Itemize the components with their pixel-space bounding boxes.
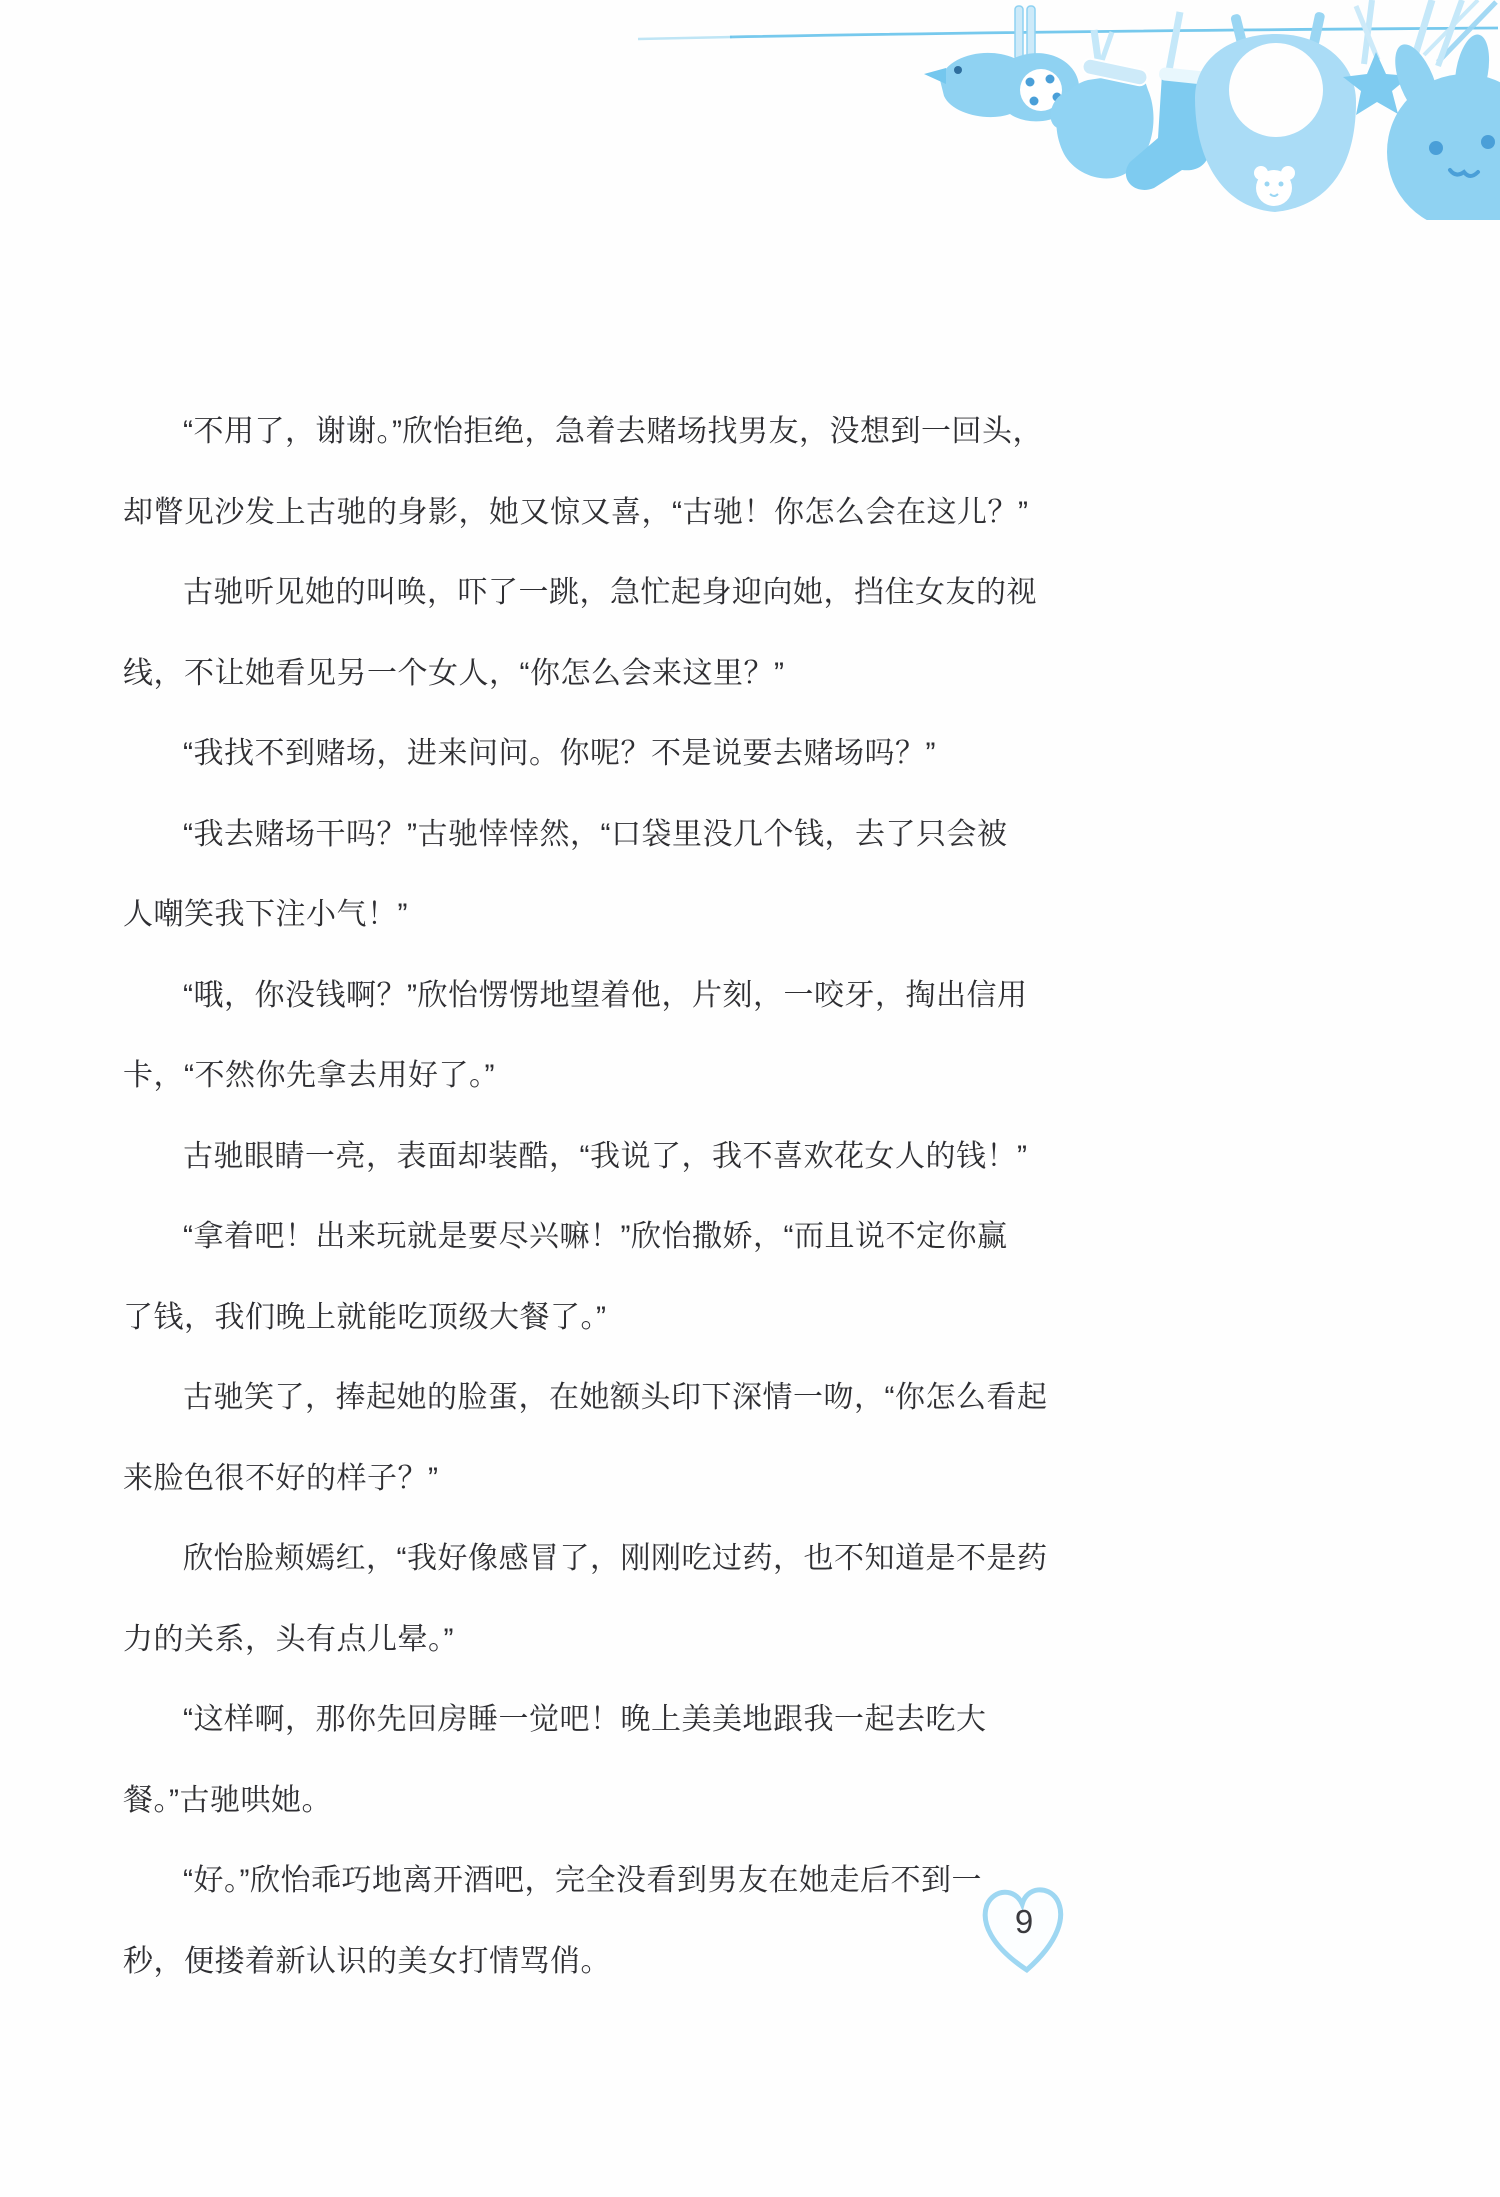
text-line: 人嘲笑我下注小气！”: [123, 875, 923, 956]
text-line: 了钱，我们晚上就能吃顶级大餐了。”: [123, 1278, 923, 1359]
bird-icon: [924, 6, 1079, 121]
text-line: 欣怡脸颊嫣红，“我好像感冒了，刚刚吃过药，也不知道是不是药: [123, 1519, 923, 1600]
text-line: 秒，便搂着新认识的美女打情骂俏。: [123, 1922, 923, 2003]
text-line: 来脸色很不好的样子？”: [123, 1439, 923, 1520]
body-text: “不用了，谢谢。”欣怡拒绝，急着去赌场找男友，没想到一回头，却瞥见沙发上古驰的身…: [123, 392, 923, 2002]
book-page: “不用了，谢谢。”欣怡拒绝，急着去赌场找男友，没想到一回头，却瞥见沙发上古驰的身…: [0, 0, 1500, 2197]
clothesline-icon: [638, 0, 1498, 62]
text-line: 古驰眼睛一亮，表面却装酷，“我说了，我不喜欢花女人的钱！”: [123, 1117, 923, 1198]
text-line: “我找不到赌场，进来问问。你呢？不是说要去赌场吗？”: [123, 714, 923, 795]
text-line: “不用了，谢谢。”欣怡拒绝，急着去赌场找男友，没想到一回头，: [123, 392, 923, 473]
header-decoration: [620, 0, 1500, 220]
text-line: 线，不让她看见另一个女人，“你怎么会来这里？”: [123, 634, 923, 715]
bib-icon: [1195, 11, 1356, 212]
star-icon: [1343, 0, 1410, 115]
text-line: “好。”欣怡乖巧地离开酒吧，完全没看到男友在她走后不到一: [123, 1841, 923, 1922]
page-number: 9: [978, 1896, 1070, 1948]
text-line: 却瞥见沙发上古驰的身影，她又惊又喜，“古驰！你怎么会在这儿？”: [123, 473, 923, 554]
heart-page-marker: 9: [978, 1880, 1070, 1980]
mitten-icon: [1044, 30, 1153, 178]
text-line: “拿着吧！出来玩就是要尽兴嘛！”欣怡撒娇，“而且说不定你赢: [123, 1197, 923, 1278]
text-line: 古驰听见她的叫唤，吓了一跳，急忙起身迎向她，挡住女友的视: [123, 553, 923, 634]
bunny-icon: [1386, 0, 1500, 220]
text-line: “哦，你没钱啊？”欣怡愣愣地望着他，片刻，一咬牙，掏出信用: [123, 956, 923, 1037]
text-line: “这样啊，那你先回房睡一觉吧！晚上美美地跟我一起去吃大: [123, 1680, 923, 1761]
text-line: 餐。”古驰哄她。: [123, 1761, 923, 1842]
text-line: 卡，“不然你先拿去用好了。”: [123, 1036, 923, 1117]
text-line: “我去赌场干吗？”古驰悻悻然，“口袋里没几个钱，去了只会被: [123, 795, 923, 876]
text-line: 力的关系，头有点儿晕。”: [123, 1600, 923, 1681]
text-line: 古驰笑了，捧起她的脸蛋，在她额头印下深情一吻，“你怎么看起: [123, 1358, 923, 1439]
sock-icon: [1126, 12, 1220, 190]
